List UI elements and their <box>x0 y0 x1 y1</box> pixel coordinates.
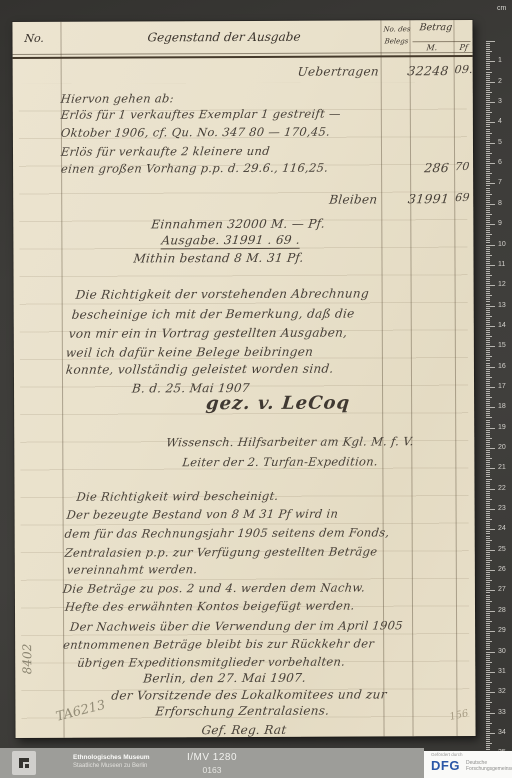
ruler-tick <box>486 102 495 103</box>
ruler-tick <box>486 295 492 296</box>
ruler-tick <box>486 411 490 412</box>
ruler-tick <box>486 181 490 182</box>
ruler-tick <box>486 277 490 278</box>
ruler-tick <box>486 570 495 571</box>
ruler-tick <box>486 218 490 219</box>
footer-bar: Ethnologisches Museum Staatliche Museen … <box>0 748 424 778</box>
ruler-tick <box>486 487 490 488</box>
ruler-tick <box>486 161 490 162</box>
manuscript-line: vereinnahmt werden. <box>66 562 198 577</box>
ruler-tick <box>486 346 495 347</box>
ruler-tick <box>486 582 490 583</box>
ruler-tick <box>486 403 490 404</box>
ruler-tick <box>486 706 490 707</box>
ruler-tick <box>486 434 490 435</box>
ruler-tick <box>486 503 490 504</box>
ruler-tick <box>486 440 490 441</box>
ruler-tick <box>486 304 490 305</box>
ruler-tick <box>486 446 490 447</box>
ruler-tick <box>486 686 490 687</box>
ruler-tick <box>486 680 490 681</box>
ruler-tick <box>486 739 490 740</box>
ruler-tick <box>486 165 490 166</box>
ruler-tick <box>486 674 490 675</box>
ruler-tick <box>486 116 490 117</box>
ruler-cm-label: 25 <box>498 546 512 554</box>
ruler-tick <box>486 560 492 561</box>
ruler-tick <box>486 609 490 610</box>
ruler-tick <box>486 538 490 539</box>
ruler-tick <box>486 322 490 323</box>
ruler-tick <box>486 428 495 429</box>
ruler-tick <box>486 297 490 298</box>
ruler-tick <box>486 104 490 105</box>
ruler-tick <box>486 580 492 581</box>
dfg-logo-block: Gefördert durch DFG Deutsche Forschungsg… <box>424 751 512 778</box>
ruler-tick <box>486 476 490 477</box>
ruler-tick <box>486 733 495 734</box>
ruler-tick <box>486 365 490 366</box>
column-line-mark-pf <box>453 20 457 736</box>
ruler-tick <box>486 183 495 184</box>
ruler-tick <box>486 741 490 742</box>
ruler-tick <box>486 74 490 75</box>
ruler-cm-label: 4 <box>498 118 512 126</box>
ruler-tick <box>486 554 490 555</box>
ruler-tick <box>486 415 490 416</box>
ruler-tick <box>486 452 490 453</box>
ruler-tick <box>486 704 490 705</box>
ledger-amount-pf: 69 <box>455 191 471 204</box>
reference-number: I/MV 1280 <box>0 752 424 763</box>
ruler-tick <box>486 627 490 628</box>
measurement-ruler: cm 1234567891011121314151617181920212223… <box>486 0 512 778</box>
ruler-cm-label: 15 <box>498 342 512 350</box>
column-header-subject: Gegenstand der Ausgabe <box>147 30 301 45</box>
ruler-tick <box>486 84 490 85</box>
ruler-tick <box>486 137 490 138</box>
manuscript-line: übrigen Expeditionsmitglieder vorbehalte… <box>77 655 346 670</box>
ruler-tick <box>486 100 490 101</box>
ruler-tick <box>486 385 490 386</box>
ruler-tick <box>486 80 490 81</box>
ruler-tick <box>486 572 490 573</box>
ruler-tick <box>486 88 490 89</box>
ruler-tick <box>486 202 490 203</box>
ruler-tick <box>486 289 490 290</box>
ruler-tick <box>486 45 490 46</box>
manuscript-line: der Vorsitzende des Lokalkomitees und zu… <box>111 687 388 702</box>
ruler-tick <box>486 159 490 160</box>
ruler-tick <box>486 236 490 237</box>
ruler-tick <box>486 360 490 361</box>
ruler-tick <box>486 281 490 282</box>
ruler-tick <box>486 363 490 364</box>
ruler-tick <box>486 430 490 431</box>
ruler-tick <box>486 654 490 655</box>
ruler-tick <box>486 536 490 537</box>
manuscript-line: Hefte des erwähnten Kontos beigefügt wer… <box>64 599 355 614</box>
manuscript-line: Wissensch. Hilfsarbeiter am Kgl. M. f. V… <box>166 434 415 449</box>
ruler-tick <box>486 149 490 150</box>
ruler-tick <box>486 629 490 630</box>
ruler-tick <box>486 481 490 482</box>
ruler-tick <box>486 458 492 459</box>
ruler-tick <box>486 265 495 266</box>
ruler-tick <box>486 395 490 396</box>
ruler-tick <box>486 169 490 170</box>
ruler-tick <box>486 122 495 123</box>
ruler-tick <box>486 713 495 714</box>
ruler-tick <box>486 696 490 697</box>
ruler-tick <box>486 505 490 506</box>
scan-viewport: No. Gegenstand der Ausgabe No. des Beleg… <box>0 0 512 778</box>
ruler-tick <box>486 472 490 473</box>
ruler-tick <box>486 515 490 516</box>
ruler-cm-label: 12 <box>498 281 512 289</box>
ruler-tick <box>486 65 490 66</box>
ruler-tick <box>486 354 490 355</box>
ruler-tick <box>486 63 490 64</box>
ruler-tick <box>486 668 490 669</box>
ruler-tick <box>486 90 490 91</box>
ruler-tick <box>486 230 490 231</box>
ruler-tick <box>486 521 490 522</box>
ruler-tick <box>486 373 490 374</box>
ruler-tick <box>486 234 492 235</box>
ruler-tick <box>486 228 490 229</box>
ruler-cm-label: 28 <box>498 607 512 615</box>
ruler-tick <box>486 456 490 457</box>
manuscript-line: Erforschung Zentralasiens. <box>155 704 330 719</box>
ruler-tick <box>486 76 490 77</box>
ruler-tick <box>486 155 490 156</box>
ruler-tick <box>486 444 490 445</box>
ruler-tick <box>486 247 490 248</box>
ruler-tick <box>486 468 495 469</box>
ruler-cm-label: 21 <box>498 464 512 472</box>
ruler-tick <box>486 163 495 164</box>
ruler-tick <box>486 55 490 56</box>
ruler-tick <box>486 267 490 268</box>
ruler-tick <box>486 157 490 158</box>
ruler-tick <box>486 375 490 376</box>
ruler-tick <box>486 249 490 250</box>
ruler-tick <box>486 208 490 209</box>
ruler-tick <box>486 566 490 567</box>
ruler-tick <box>486 519 492 520</box>
ruler-tick <box>486 688 490 689</box>
ruler-tick <box>486 344 490 345</box>
manuscript-line: von mir ein in Vortrag gestellten Ausgab… <box>68 326 348 341</box>
ruler-tick <box>486 485 490 486</box>
ruler-tick <box>486 529 495 530</box>
ruler-tick <box>486 672 495 673</box>
ruler-tick <box>486 531 490 532</box>
ruler-cm-label: 3 <box>498 98 512 106</box>
ruler-tick <box>486 584 490 585</box>
ruler-tick <box>486 245 495 246</box>
ruler-cm-label: 19 <box>498 424 512 432</box>
ruler-cm-label: 18 <box>498 403 512 411</box>
ruler-cm-label: 30 <box>498 648 512 656</box>
ruler-tick <box>486 86 490 87</box>
ruler-cm-label: 34 <box>498 729 512 737</box>
ruler-cm-label: 26 <box>498 566 512 574</box>
ruler-tick <box>486 147 490 148</box>
ruler-tick <box>486 59 490 60</box>
ruler-tick <box>486 470 490 471</box>
manuscript-line: Die Beträge zu pos. 2 und 4. werden dem … <box>62 580 366 595</box>
ruler-tick <box>486 49 490 50</box>
ruler-tick <box>486 145 490 146</box>
column-header-mark: M. <box>426 43 438 52</box>
ruler-cm-label: 1 <box>498 57 512 65</box>
ruler-tick <box>486 273 490 274</box>
ruler-cm-label: 10 <box>498 241 512 249</box>
ruler-tick <box>486 643 490 644</box>
ruler-tick <box>486 194 492 195</box>
ruler-tick <box>486 660 490 661</box>
ruler-tick <box>486 617 490 618</box>
ruler-tick <box>486 299 490 300</box>
ruler-tick <box>486 367 495 368</box>
ruler-tick <box>486 568 490 569</box>
ruler-tick <box>486 658 490 659</box>
ruler-tick <box>486 499 492 500</box>
manuscript-line: Oktober 1906, cf. Qu. No. 347 80 — 170,4… <box>60 125 331 140</box>
column-header-pf: Pf <box>459 43 468 52</box>
ruler-cm-label: 22 <box>498 485 512 493</box>
manuscript-line: gez. v. LeCoq <box>205 393 351 415</box>
ruler-tick <box>486 448 495 449</box>
ruler-tick <box>486 153 492 154</box>
ruler-tick <box>486 497 490 498</box>
manuscript-line: Gef. Reg. Rat <box>201 723 287 737</box>
manuscript-page: No. Gegenstand der Ausgabe No. des Beleg… <box>12 20 475 738</box>
ledger-amount-mark: 31991 <box>404 191 450 206</box>
ruler-tick <box>486 483 490 484</box>
ruler-tick <box>486 263 490 264</box>
ruler-tick <box>486 216 490 217</box>
ledger-row-label: Uebertragen <box>297 64 380 78</box>
ruler-tick <box>486 715 490 716</box>
ruler-tick <box>486 196 490 197</box>
ledger-amount-mark: 32248 <box>404 63 450 78</box>
manuscript-line: entnommenen Beträge bleibt bis zur Rückk… <box>62 636 374 651</box>
ruler-tick <box>486 334 490 335</box>
ruler-tick <box>486 98 490 99</box>
ruler-tick <box>486 110 490 111</box>
ruler-tick <box>486 743 492 744</box>
ruler-tick <box>486 670 490 671</box>
ruler-tick <box>486 387 495 388</box>
ruler-tick <box>486 623 490 624</box>
ledger-amount-pf: 09. <box>454 63 474 76</box>
ruler-cm-label: 5 <box>498 139 512 147</box>
ruler-tick <box>486 53 490 54</box>
ruler-tick <box>486 222 490 223</box>
ruler-tick <box>486 253 490 254</box>
ruler-tick <box>486 379 490 380</box>
ruler-tick <box>486 350 490 351</box>
ruler-tick <box>486 314 490 315</box>
ruler-tick <box>486 631 495 632</box>
ruler-tick <box>486 719 490 720</box>
manuscript-line: Berlin, den 27. Mai 1907. <box>143 671 307 686</box>
ruler-tick <box>486 574 490 575</box>
column-line-beleg-right <box>409 20 413 736</box>
ruler-tick <box>486 432 490 433</box>
ruler-tick <box>486 94 490 95</box>
ruler-tick <box>486 694 490 695</box>
manuscript-line: konnte, vollständig geleistet worden sin… <box>65 362 334 377</box>
manuscript-line: Einnahmen 32000 M. — Pf. <box>151 217 326 232</box>
ruler-tick <box>486 206 490 207</box>
ruler-tick <box>486 67 490 68</box>
ruler-tick <box>486 737 490 738</box>
ruler-tick <box>486 729 490 730</box>
ruler-tick <box>486 601 492 602</box>
ruler-tick <box>486 684 490 685</box>
ruler-tick <box>486 242 490 243</box>
ruler-tick <box>486 271 490 272</box>
ruler-tick <box>486 342 490 343</box>
ruler-tick <box>486 495 490 496</box>
ruler-tick <box>486 662 492 663</box>
ruler-tick <box>486 552 490 553</box>
ruler-tick <box>486 108 490 109</box>
ruler-tick <box>486 727 490 728</box>
ruler-tick <box>486 310 490 311</box>
manuscript-line: einen großen Vorhang p.p. d. 29.6., 116,… <box>60 161 329 176</box>
ruler-tick <box>486 747 490 748</box>
ruler-tick <box>486 257 490 258</box>
ruler-tick <box>486 462 490 463</box>
ruler-tick <box>486 615 490 616</box>
ruler-tick <box>486 324 490 325</box>
ruler-tick <box>486 391 490 392</box>
ruler-tick <box>486 639 490 640</box>
ruler-tick <box>486 61 495 62</box>
ruler-tick <box>486 114 490 115</box>
ruler-cm-label: 32 <box>498 688 512 696</box>
ruler-cm-label: 33 <box>498 709 512 717</box>
manuscript-line: weil ich dafür keine Belege beibringen <box>65 345 314 360</box>
ruler-tick <box>486 200 490 201</box>
ruler-cm-label: 13 <box>498 302 512 310</box>
ruler-tick <box>486 358 490 359</box>
ruler-tick <box>486 436 490 437</box>
ruler-tick <box>486 291 490 292</box>
ruler-tick <box>486 69 490 70</box>
ruler-tick <box>486 442 490 443</box>
ruler-tick <box>486 595 490 596</box>
manuscript-line: Hiervon gehen ab: <box>60 91 175 105</box>
ruler-tick <box>486 179 490 180</box>
ruler-tick <box>486 698 490 699</box>
ruler-tick <box>486 173 492 174</box>
ruler-cm-label: 23 <box>498 505 512 513</box>
ruler-tick <box>486 118 490 119</box>
ruler-tick <box>486 167 490 168</box>
ruler-tick <box>486 283 490 284</box>
ruler-tick <box>486 656 490 657</box>
manuscript-line: Die Richtigkeit wird bescheinigt. <box>76 489 279 504</box>
ruler-tick <box>486 578 490 579</box>
ruler-tick <box>486 544 490 545</box>
ruler-tick <box>486 542 490 543</box>
ruler-tick <box>486 550 495 551</box>
manuscript-line: Erlös für verkaufte 2 kleinere und <box>60 144 270 159</box>
ruler-tick <box>486 711 490 712</box>
funding-pretext: Gefördert durch <box>431 752 463 757</box>
ruler-tick <box>486 692 495 693</box>
ruler-cm-label: 2 <box>498 78 512 86</box>
ruler-tick <box>486 509 495 510</box>
ruler-tick <box>486 635 490 636</box>
ruler-tick <box>486 607 490 608</box>
ruler-tick <box>486 702 492 703</box>
ruler-tick <box>486 212 490 213</box>
ruler-cm-label: 7 <box>498 179 512 187</box>
ruler-tick <box>486 78 490 79</box>
ruler-tick <box>486 275 492 276</box>
ruler-tick <box>486 356 492 357</box>
ruler-tick <box>486 135 490 136</box>
ruler-tick <box>486 413 490 414</box>
ruler-tick <box>486 605 490 606</box>
header-rule-thick <box>13 55 473 59</box>
ruler-tick <box>486 301 490 302</box>
ruler-tick <box>486 588 490 589</box>
ruler-cm-label: 20 <box>498 444 512 452</box>
ruler-tick <box>486 369 490 370</box>
scan-number: 0163 <box>0 765 424 775</box>
ruler-tick <box>486 576 490 577</box>
ruler-cm-label: 29 <box>498 627 512 635</box>
ruler-tick <box>486 420 490 421</box>
ruler-tick <box>486 409 490 410</box>
ruler-tick <box>486 47 490 48</box>
ruler-tick <box>486 43 490 44</box>
ruler-tick <box>486 126 490 127</box>
ruler-tick <box>486 287 490 288</box>
ruler-tick <box>486 214 492 215</box>
ruler-tick <box>486 619 490 620</box>
ruler-tick <box>486 393 490 394</box>
ruler-tick <box>486 558 490 559</box>
ruler-cm-label: 6 <box>498 159 512 167</box>
ruler-tick <box>486 491 490 492</box>
ruler-tick <box>486 564 490 565</box>
dfg-acronym: DFG <box>431 758 460 773</box>
column-header-beleg-2: Belegs <box>384 37 409 45</box>
ruler-tick <box>486 399 490 400</box>
column-header-beleg-1: No. des <box>383 25 411 33</box>
ruler-tick <box>486 450 490 451</box>
ruler-tick <box>486 198 490 199</box>
ruler-tick <box>486 523 490 524</box>
ruler-tick <box>486 725 490 726</box>
manuscript-line: Zentralasien p.p. zur Verfügung gestellt… <box>64 544 378 559</box>
ruler-tick <box>486 454 490 455</box>
ruler-tick <box>486 377 492 378</box>
manuscript-line: Der Nachweis über die Verwendung der im … <box>69 618 403 633</box>
ruler-tick <box>486 652 495 653</box>
ruler-tick <box>486 426 490 427</box>
pencil-vertical-number: 8402 <box>20 635 34 683</box>
